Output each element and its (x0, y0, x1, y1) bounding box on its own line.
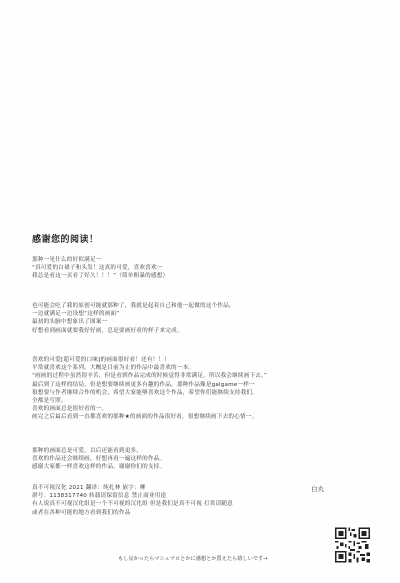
page-title: 感谢您的阅读！ (32, 232, 99, 245)
text-line: 喜欢的画面总是很好看的一。 (32, 405, 267, 413)
text-line: 最初的头脑中想象出了图案一 (32, 318, 235, 326)
text-line: 或者在各种可能的地方看到我们的作品 (32, 509, 233, 517)
paragraph-1: 那种一见什么的好似满足一 “真可爱的白裙子和头发！这真的可爱，喜欢喜欢一 我总是… (32, 256, 168, 281)
text-line: 平常就喜欢这个系列。大概是目前为止的作品中最喜欢的一本。 (32, 364, 267, 372)
text-line: 真不可视汉化 2021 翻译：纯扎林 嵌字：柳 (32, 484, 233, 492)
text-line: 喜欢的作品还会继续画，好想再看一遍这样的作品。 (32, 455, 165, 463)
paragraph-3: 喜欢的可爱[超可爱的口味]的画面很好看！还有！！！ 平常就喜欢这个系列。大概是目… (32, 356, 267, 422)
text-line: 我总是看这一页看了好久！！！”（简单粗暴的感想） (32, 272, 168, 280)
text-line: 那种的画面总是可爱，以后还能看到更多。 (32, 447, 165, 455)
text-line: 感谢大家都一样喜欢这样的作品，谢谢你们的支持。 (32, 463, 165, 471)
signature: 白丸 (311, 484, 324, 493)
text-line: “真可爱的白裙子和头发！这真的可爱，喜欢喜欢一 (32, 264, 168, 272)
text-line: 全都是写照。 (32, 397, 267, 405)
text-line: 群号：1138317740 转载请保留信息 禁止商业用途 (32, 492, 233, 500)
text-line: 好想看到画面就要我好好画，总是要画好看的样子来完成。 (32, 327, 235, 335)
text-line: 画完之后最后看到一直都喜欢的那种★的画面的作品很好看，很想继续画下去的心情一。 (32, 413, 267, 421)
text-line: 也可能会吃了我的原创可能就那种了，我就是起着自己和他一起做的这个作品。 (32, 302, 235, 310)
paragraph-2: 也可能会吃了我的原创可能就那种了，我就是起着自己和他一起做的这个作品。 一边就满… (32, 302, 235, 335)
paragraph-4: 那种的画面总是可爱，以后还能看到更多。 喜欢的作品还会继续画，好想再看一遍这样的… (32, 447, 165, 472)
qr-code-icon[interactable] (335, 527, 370, 563)
text-line: 喜欢的可爱[超可爱的口味]的画面很好看！还有！！！ (32, 356, 267, 364)
credits-block: 真不可视汉化 2021 翻译：纯扎林 嵌字：柳 群号：1138317740 转载… (32, 484, 233, 517)
text-line: “画画的过程中虽然很辛苦，但是看到作品完成的时候觉得非常满足，所以我会继续画下去… (32, 372, 267, 380)
text-line: 有人说真不可视汉化组是一个不可视的汉化组 但是我们是真不可视 打赏请随意 (32, 500, 233, 508)
text-line: 很想要与作者继续合作的机会，希望大家能够喜欢这个作品，希望你们能继续支持我们。 (32, 389, 267, 397)
footer-message: もし良かったらマシュマロとかに感想とか質えたら嬉しいです→ (118, 555, 268, 562)
text-line: 那种一见什么的好似满足一 (32, 256, 168, 264)
document-page: 感谢您的阅读！ 那种一见什么的好似满足一 “真可爱的白裙子和头发！这真的可爱，喜… (0, 0, 400, 583)
text-line: 最后到了这样的结局，但是想要继续画更多有趣的作品，那种作品像是galgame一样… (32, 381, 267, 389)
text-line: 一边就满足一边设想“这样的画面” (32, 310, 235, 318)
